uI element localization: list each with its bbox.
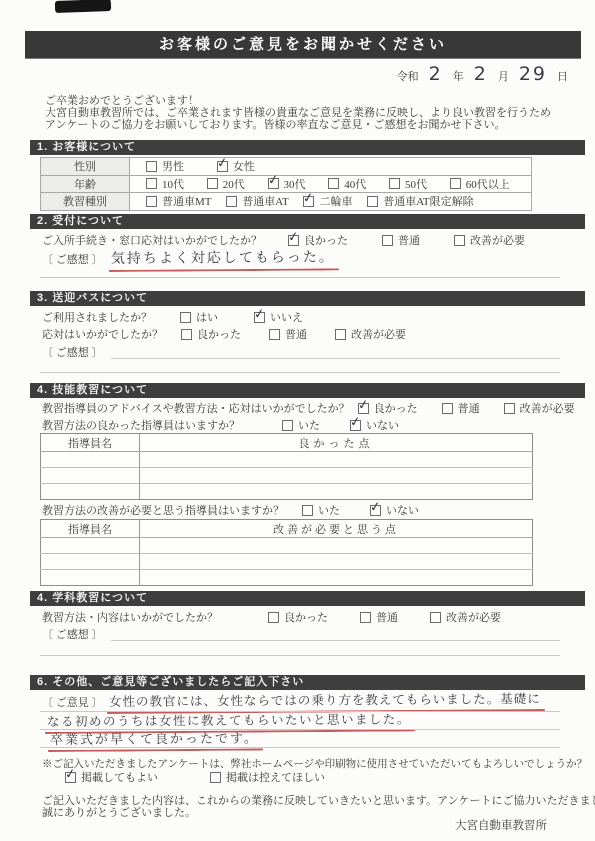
- section4-header: 4. 技能教習について: [30, 383, 585, 398]
- empty-cell: [140, 484, 533, 500]
- checkbox-icon[interactable]: [367, 196, 378, 207]
- date-era-label: 令和: [397, 68, 419, 84]
- checkbox-good[interactable]: 良かった: [268, 609, 328, 625]
- good-instructor-question-row: 教習方法の良かった指導員はいますか？ いた いない: [42, 417, 399, 433]
- checkbox-icon[interactable]: [450, 178, 461, 189]
- comment-label: 〔 ご意見 〕: [42, 694, 103, 710]
- question-text: 教習方法・内容はいかがでしたか？: [42, 609, 218, 625]
- checkbox-icon[interactable]: [370, 505, 381, 516]
- checkbox-icon[interactable]: [430, 612, 441, 623]
- table-row: [41, 468, 533, 484]
- comment-label: 〔 ご感想 〕: [42, 251, 103, 267]
- skill-advice-question-row: 教習指導員のアドバイスや教習方法・応対はいかがでしたか？ 良かった 普通 改善が…: [42, 400, 575, 416]
- checkbox-inai[interactable]: いない: [370, 502, 419, 518]
- good-instructor-table: 指導員名 良かった点: [40, 433, 533, 500]
- empty-cell: [41, 484, 140, 500]
- checkbox-age-30s[interactable]: 30代: [268, 176, 306, 192]
- checkbox-icon[interactable]: [389, 178, 400, 189]
- checkbox-normal[interactable]: 普通: [269, 326, 307, 342]
- checkbox-icon[interactable]: [358, 403, 369, 414]
- checkbox-icon[interactable]: [146, 178, 157, 189]
- checkbox-icon[interactable]: [328, 178, 339, 189]
- checkbox-ita[interactable]: いた: [302, 502, 340, 518]
- checkbox-ita[interactable]: いた: [282, 417, 320, 433]
- checkbox-icon[interactable]: [454, 235, 465, 246]
- date-year-value: 2: [429, 63, 443, 85]
- question-text: ご利用されましたか？: [42, 309, 152, 325]
- table-row: [41, 452, 533, 468]
- comment-rule-line: [40, 277, 560, 278]
- checkbox-at-limit-removal[interactable]: 普通車AT限定解除: [367, 193, 473, 209]
- checkbox-publication-ok[interactable]: 掲載してもよい: [65, 769, 158, 785]
- school-signature: 大宮自動車教習所: [455, 817, 547, 833]
- checkbox-icon[interactable]: [302, 505, 313, 516]
- scanned-survey-page: お客様のご意見をお聞かせください 令和 2 年 2 月 29 日 ご卒業おめでと…: [0, 0, 595, 841]
- checkbox-good[interactable]: 良かった: [181, 326, 241, 342]
- checkbox-icon[interactable]: [254, 312, 265, 323]
- checkbox-icon[interactable]: [217, 161, 228, 172]
- checkbox-icon[interactable]: [350, 420, 361, 431]
- table-row: [41, 570, 533, 586]
- column-header-good-points: 良かった点: [140, 434, 533, 452]
- checkbox-publication-decline[interactable]: 掲載は控えてほしい: [210, 769, 325, 785]
- checkbox-needs-improvement[interactable]: 改善が必要: [335, 326, 406, 342]
- checkbox-age-60plus[interactable]: 60代以上: [450, 176, 510, 192]
- checkbox-icon[interactable]: [360, 612, 371, 623]
- checkbox-normal[interactable]: 普通: [382, 232, 420, 248]
- empty-cell: [140, 538, 533, 554]
- checkbox-icon[interactable]: [335, 329, 346, 340]
- column-header-instructor-name: 指導員名: [41, 520, 140, 538]
- table-row: [41, 538, 533, 554]
- empty-cell: [41, 570, 140, 586]
- section3-header: 3. 送迎バスについて: [30, 291, 585, 306]
- question-text: 教習方法の改善が必要と思う指導員はいますか？: [42, 502, 284, 518]
- comment-blank-line: [111, 345, 561, 359]
- table-row: 教習種別 普通車MT 普通車AT 二輪車 普通車AT限定解除: [41, 193, 532, 211]
- checkbox-car-mt[interactable]: 普通車MT: [146, 193, 212, 209]
- bus-comment-row: 〔 ご感想 〕: [42, 344, 560, 360]
- checkbox-icon[interactable]: [181, 329, 192, 340]
- checkbox-female[interactable]: 女性: [217, 158, 255, 174]
- section2-header: 2. 受付について: [30, 214, 585, 229]
- academic-question-row: 教習方法・内容はいかがでしたか？ 良かった 普通 改善が必要: [42, 609, 501, 625]
- section6-header: 6. その他、ご意見等ございましたらご記入下さい: [30, 675, 585, 690]
- empty-cell: [140, 452, 533, 468]
- improve-instructor-table: 指導員名 改善が必要と思う点: [40, 519, 533, 586]
- table-row: [41, 554, 533, 570]
- comment-rule-line: [40, 372, 560, 373]
- page-title: お客様のご意見をお聞かせください: [25, 31, 581, 58]
- opinion-row-3: 卒業式が早くて良かったです。: [48, 729, 263, 752]
- checkbox-age-10s[interactable]: 10代: [146, 176, 184, 192]
- empty-cell: [140, 570, 533, 586]
- closing-message-line2: 誠にありがとうございました。: [42, 804, 196, 820]
- table-header-row: 指導員名 良かった点: [41, 434, 533, 452]
- checkbox-needs-improvement[interactable]: 改善が必要: [430, 609, 501, 625]
- table-row: 性別 男性 女性: [41, 158, 532, 176]
- scan-artifact-mark: [55, 0, 111, 13]
- column-header-improvement-points: 改善が必要と思う点: [140, 520, 533, 538]
- checkbox-male[interactable]: 男性: [146, 158, 184, 174]
- bus-service-question-row: 応対はいかがでしたか？ 良かった 普通 改善が必要: [42, 326, 406, 342]
- empty-cell: [41, 468, 140, 484]
- bus-used-question-row: ご利用されましたか？ はい いいえ: [42, 309, 303, 325]
- row-label-gender: 性別: [41, 158, 130, 176]
- row-label-course-type: 教習種別: [41, 193, 130, 211]
- question-text: 教習方法の良かった指導員はいますか？: [42, 417, 240, 433]
- checkbox-icon[interactable]: [504, 403, 515, 414]
- table-header-row: 指導員名 改善が必要と思う点: [41, 520, 533, 538]
- empty-cell: [41, 452, 140, 468]
- empty-cell: [140, 468, 533, 484]
- improve-instructor-question-row: 教習方法の改善が必要と思う指導員はいますか？ いた いない: [42, 502, 419, 518]
- customer-info-table: 性別 男性 女性 年齢 10代 20代 30代 40代 50代 60代以上 教習…: [40, 157, 532, 211]
- checkbox-needs-improvement[interactable]: 改善が必要: [504, 400, 575, 416]
- comment-label: 〔 ご感想 〕: [42, 344, 103, 360]
- checkbox-icon[interactable]: [226, 196, 237, 207]
- checkbox-age-20s[interactable]: 20代: [207, 176, 245, 192]
- publication-options-row: 掲載してもよい 掲載は控えてほしい: [65, 769, 325, 785]
- checkbox-icon[interactable]: [146, 161, 157, 172]
- reception-comment-row: 〔 ご感想 〕 気持ちよく対応してもらった。: [42, 248, 339, 272]
- row-label-age: 年齢: [41, 175, 130, 193]
- checkbox-good[interactable]: 良かった: [358, 400, 418, 416]
- checkbox-car-at[interactable]: 普通車AT: [226, 193, 288, 209]
- checkbox-icon[interactable]: [268, 612, 279, 623]
- comment-blank-line: [111, 627, 561, 641]
- comment-label: 〔 ご感想 〕: [42, 626, 103, 642]
- date-day-unit: 日: [557, 68, 568, 84]
- checkbox-icon[interactable]: [269, 329, 280, 340]
- academic-comment-row: 〔 ご感想 〕: [42, 626, 560, 642]
- checkbox-icon[interactable]: [288, 235, 299, 246]
- comment-rule-line: [40, 655, 560, 656]
- checkbox-icon[interactable]: [268, 178, 279, 189]
- checkbox-no[interactable]: いいえ: [254, 309, 303, 325]
- checkbox-yes[interactable]: はい: [180, 309, 218, 325]
- checkbox-icon[interactable]: [442, 403, 453, 414]
- checkbox-icon[interactable]: [207, 178, 218, 189]
- empty-cell: [41, 538, 140, 554]
- handwritten-opinion-line3: 卒業式が早くて良かったです。: [48, 727, 263, 752]
- checkbox-normal[interactable]: 普通: [360, 609, 398, 625]
- intro-line-3: アンケートのご協力をお願いしております。皆様の率直なご意見・ご感想をお聞かせ下さ…: [45, 116, 505, 132]
- empty-cell: [140, 554, 533, 570]
- table-row: 年齢 10代 20代 30代 40代 50代 60代以上: [41, 175, 532, 193]
- checkbox-normal[interactable]: 普通: [442, 400, 480, 416]
- checkbox-icon[interactable]: [210, 772, 221, 783]
- date-year-unit: 年: [453, 68, 464, 84]
- checkbox-icon[interactable]: [382, 235, 393, 246]
- date-day-value: 29: [519, 63, 547, 85]
- table-row: [41, 484, 533, 500]
- checkbox-icon[interactable]: [180, 312, 191, 323]
- handwritten-comment: 気持ちよく対応してもらった。: [108, 246, 338, 272]
- checkbox-needs-improvement[interactable]: 改善が必要: [454, 232, 525, 248]
- checkbox-icon[interactable]: [65, 772, 76, 783]
- checkbox-icon[interactable]: [146, 196, 157, 207]
- section5-header: 4. 学科教習について: [30, 591, 585, 606]
- column-header-instructor-name: 指導員名: [41, 434, 140, 452]
- date-line: 令和 2 年 2 月 29 日: [300, 63, 568, 85]
- checkbox-age-50s[interactable]: 50代: [389, 176, 427, 192]
- checkbox-inai[interactable]: いない: [350, 417, 399, 433]
- section1-header: 1. お客様について: [30, 140, 585, 155]
- question-text: ご入所手続き・窓口応対はいかがでしたか？: [42, 232, 262, 248]
- date-month-value: 2: [474, 63, 488, 85]
- checkbox-icon[interactable]: [282, 420, 293, 431]
- empty-cell: [41, 554, 140, 570]
- question-text: 教習指導員のアドバイスや教習方法・応対はいかがでしたか？: [42, 400, 350, 416]
- reception-question-row: ご入所手続き・窓口応対はいかがでしたか？ 良かった 普通 改善が必要: [42, 232, 525, 248]
- checkbox-age-40s[interactable]: 40代: [328, 176, 366, 192]
- date-month-unit: 月: [498, 68, 509, 84]
- question-text: 応対はいかがでしたか？: [42, 326, 163, 342]
- comment-rule-line: [40, 747, 560, 748]
- checkbox-icon[interactable]: [303, 196, 314, 207]
- checkbox-motorcycle[interactable]: 二輪車: [303, 193, 352, 209]
